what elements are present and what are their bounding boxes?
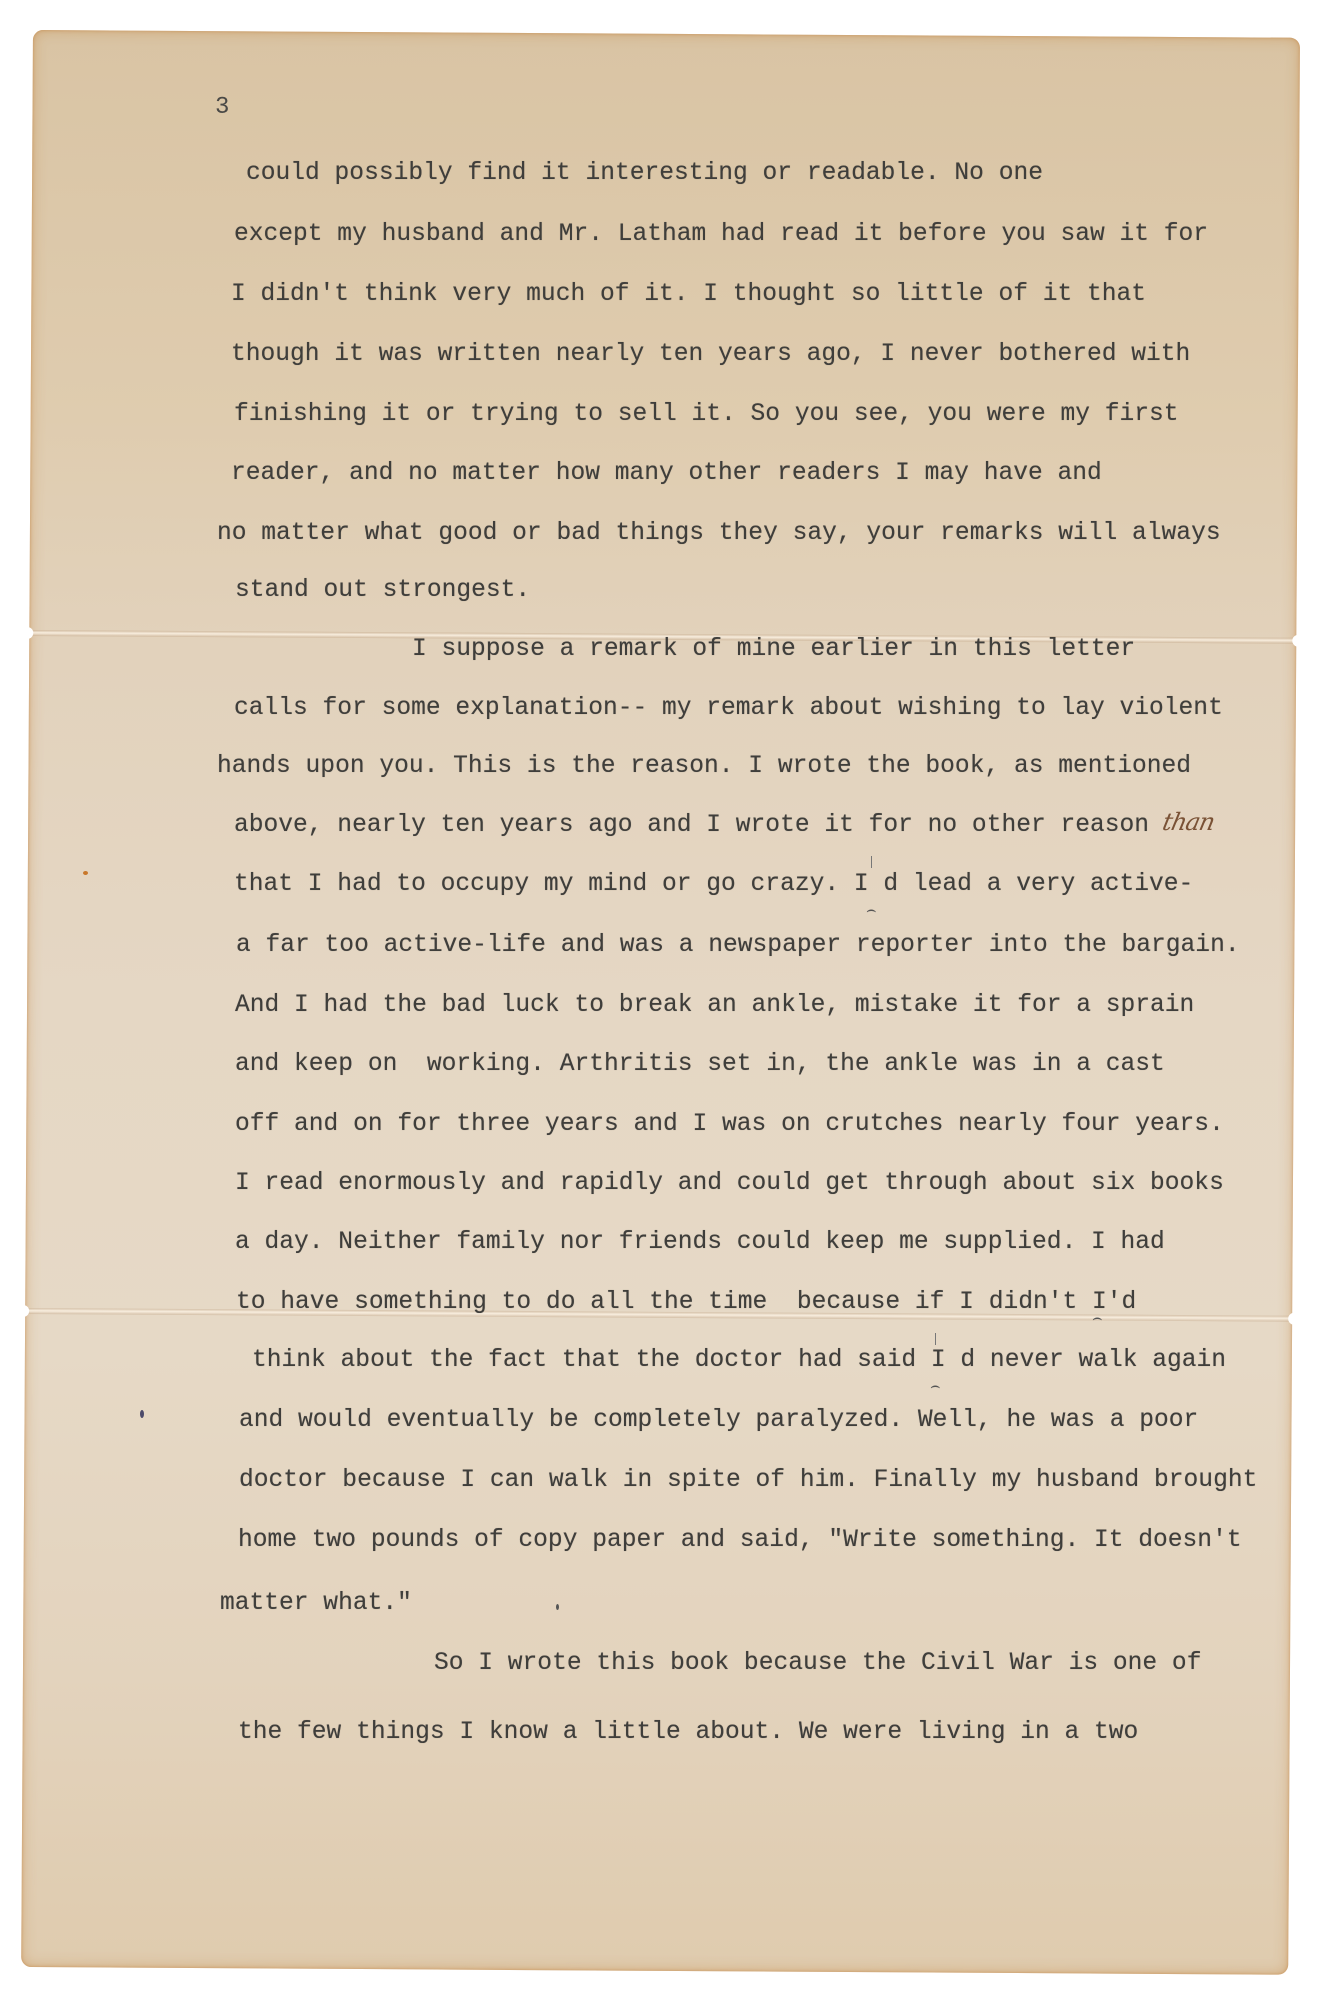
typed-line: though it was written nearly ten years a… <box>231 341 1190 369</box>
typed-line: I read enormously and rapidly and could … <box>235 1170 1224 1198</box>
caret-mark-icon: ⌢ <box>866 900 877 920</box>
typed-line: calls for some explanation-- my remark a… <box>234 695 1223 723</box>
typed-line: except my husband and Mr. Latham had rea… <box>234 221 1208 249</box>
typed-line: a day. Neither family nor friends could … <box>235 1229 1165 1257</box>
ink-speck <box>556 1604 559 1610</box>
typed-line: matter what." <box>220 1590 412 1618</box>
caret-mark-icon: ⌢ <box>930 1376 941 1396</box>
typed-line: a far too active-life and was a newspape… <box>236 932 1240 960</box>
ink-speck <box>140 1410 144 1418</box>
typed-line: the few things I know a little about. We… <box>238 1719 1138 1747</box>
typed-line: could possibly find it interesting or re… <box>246 160 1043 188</box>
typed-line: off and on for three years and I was on … <box>235 1111 1224 1139</box>
typed-line: that I had to occupy my mind or go crazy… <box>234 871 1193 899</box>
typed-line: I suppose a remark of mine earlier in th… <box>412 636 1135 664</box>
typed-line: and would eventually be completely paral… <box>239 1407 1198 1435</box>
typed-line: And I had the bad luck to break an ankle… <box>235 992 1194 1020</box>
apostrophe-mark-icon <box>935 1333 936 1345</box>
typed-line: hands upon you. This is the reason. I wr… <box>217 753 1191 781</box>
typed-line: doctor because I can walk in spite of hi… <box>239 1467 1257 1495</box>
typed-line: no matter what good or bad things they s… <box>217 520 1221 548</box>
typed-line: So I wrote this book because the Civil W… <box>434 1650 1201 1678</box>
typed-line: I didn't think very much of it. I though… <box>231 281 1146 309</box>
handwritten-correction: than <box>1160 808 1217 836</box>
fold-notch-right-upper <box>1292 635 1302 647</box>
caret-mark-icon: ⌢ <box>1092 1308 1103 1328</box>
typed-line: stand out strongest. <box>235 577 530 605</box>
fold-notch-left-lower <box>19 1305 29 1317</box>
typed-line: above, nearly ten years ago and I wrote … <box>234 812 1149 840</box>
ink-speck <box>83 871 88 875</box>
typed-line: and keep on working. Arthritis set in, t… <box>235 1051 1165 1079</box>
fold-notch-left-upper <box>23 627 33 639</box>
typed-line: think about the fact that the doctor had… <box>252 1347 1226 1375</box>
page-number: 3 <box>215 94 229 121</box>
typed-line: home two pounds of copy paper and said, … <box>238 1527 1242 1555</box>
typed-line: reader, and no matter how many other rea… <box>231 460 1102 488</box>
typed-line: to have something to do all the time bec… <box>236 1289 1136 1317</box>
apostrophe-mark-icon <box>871 856 872 868</box>
typed-line: finishing it or trying to sell it. So yo… <box>234 401 1179 429</box>
fold-notch-right-lower <box>1288 1313 1298 1325</box>
